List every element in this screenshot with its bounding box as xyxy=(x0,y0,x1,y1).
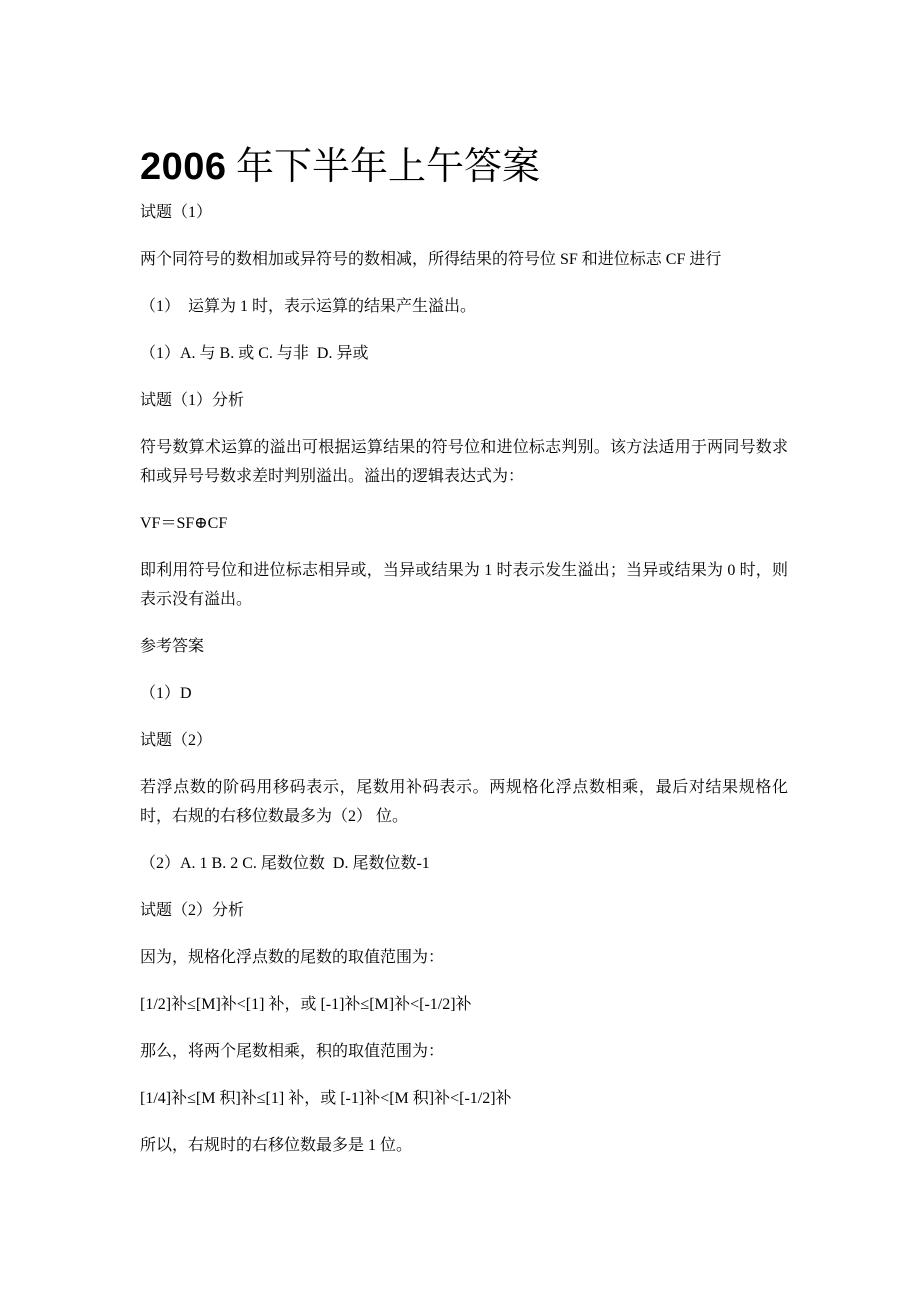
question-2-stem: 若浮点数的阶码用移码表示，尾数用补码表示。两规格化浮点数相乘，最后对结果规格化时… xyxy=(140,773,788,831)
section-label-question-1: 试题（1） xyxy=(140,198,788,227)
analysis-2-product-intro: 那么，将两个尾数相乘，积的取值范围为： xyxy=(140,1037,788,1066)
analysis-2-conclusion: 所以，右规时的右移位数最多是 1 位。 xyxy=(140,1131,788,1160)
formula-overflow: VF＝SF⊕CF xyxy=(140,509,788,538)
formula-mantissa-range: [1/2]补≤[M]补<[1] 补，或 [-1]补≤[M]补<[-1/2]补 xyxy=(140,990,788,1019)
formula-product-range: [1/4]补≤[M 积]补≤[1] 补，或 [-1]补<[M 积]补<[-1/2… xyxy=(140,1084,788,1113)
analysis-1-text: 符号数算术运算的溢出可根据运算结果的符号位和进位标志判别。该方法适用于两同号数求… xyxy=(140,433,788,491)
question-1-stem: 两个同符号的数相加或异符号的数相减，所得结果的符号位 SF 和进位标志 CF 进… xyxy=(140,245,788,274)
title-text: 年下半年上午答案 xyxy=(227,146,541,188)
analysis-1-explanation: 即利用符号位和进位标志相异或，当异或结果为 1 时表示发生溢出；当异或结果为 0… xyxy=(140,556,788,614)
analysis-2-intro: 因为，规格化浮点数的尾数的取值范围为： xyxy=(140,943,788,972)
question-1-options: （1）A. 与 B. 或 C. 与非 D. 异或 xyxy=(140,339,788,368)
section-label-question-1-analysis: 试题（1）分析 xyxy=(140,386,788,415)
question-1-blank-sentence: （1） 运算为 1 时，表示运算的结果产生溢出。 xyxy=(140,292,788,321)
section-label-question-2: 试题（2） xyxy=(140,726,788,755)
answer-1: （1）D xyxy=(140,679,788,708)
document-title: 2006 年下半年上午答案 xyxy=(140,144,788,190)
document-content: 2006 年下半年上午答案 试题（1） 两个同符号的数相加或异符号的数相减，所得… xyxy=(140,144,788,1178)
section-label-question-2-analysis: 试题（2）分析 xyxy=(140,896,788,925)
section-label-reference-answer: 参考答案 xyxy=(140,632,788,661)
title-year: 2006 xyxy=(140,146,227,188)
document-page: 2006 年下半年上午答案 试题（1） 两个同符号的数相加或异符号的数相减，所得… xyxy=(0,0,920,1302)
question-2-options: （2）A. 1 B. 2 C. 尾数位数 D. 尾数位数-1 xyxy=(140,849,788,878)
